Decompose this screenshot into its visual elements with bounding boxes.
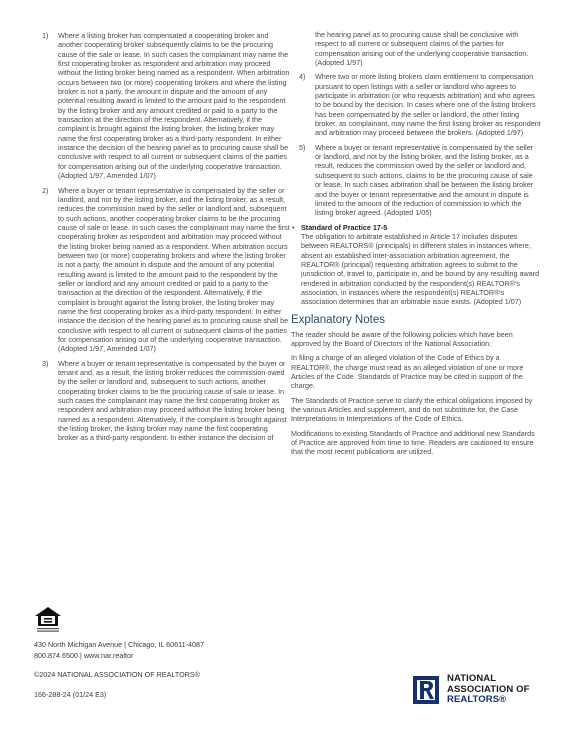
document-code: 166-288-24 (01/24 E3) (34, 690, 204, 701)
item-text: Where a buyer or tenant representative i… (58, 359, 290, 443)
list-item-1: 1) Where a listing broker has compensate… (34, 31, 290, 181)
explanatory-paragraph: Modifications to existing Standards of P… (291, 429, 541, 457)
explanatory-notes-heading: Explanatory Notes (291, 313, 541, 327)
logo-line-3: REALTORS® (447, 695, 530, 706)
item-3-continuation: the hearing panel as to procuring cause … (291, 30, 541, 67)
equal-housing-opportunity-icon (34, 606, 62, 634)
explanatory-paragraph: The Standards of Practice serve to clari… (291, 396, 541, 424)
standard-text: The obligation to arbitrate established … (301, 232, 539, 306)
explanatory-paragraph: In filing a charge of an alleged violati… (291, 353, 541, 390)
item-number: 4) (291, 72, 315, 137)
copyright: ©2024 NATIONAL ASSOCIATION OF REALTORS® (34, 670, 204, 681)
list-item-2: 2) Where a buyer or tenant representativ… (34, 186, 290, 354)
item-text: Where two or more listing brokers claim … (315, 72, 541, 137)
list-item-3: 3) Where a buyer or tenant representativ… (34, 359, 290, 443)
item-number: 2) (34, 186, 58, 354)
item-number: 5) (291, 143, 315, 218)
item-text: Where a listing broker has compensated a… (58, 31, 290, 181)
contact-info: 800.874.6500 | www.nar.realtor (34, 651, 204, 662)
bullet-icon: • (291, 223, 301, 307)
explanatory-paragraph: The reader should be aware of the follow… (291, 330, 541, 349)
item-text: Where a buyer or tenant representative i… (58, 186, 290, 354)
nar-logo: NATIONAL ASSOCIATION OF REALTORS® (413, 674, 530, 706)
address: 430 North Michigan Avenue | Chicago, IL … (34, 640, 204, 651)
realtor-r-icon (413, 676, 439, 704)
footer: 430 North Michigan Avenue | Chicago, IL … (34, 606, 204, 700)
list-item-5: 5) Where a buyer or tenant representativ… (291, 143, 541, 218)
item-text: Where a buyer or tenant representative i… (315, 143, 541, 218)
standard-of-practice: • Standard of Practice 17-5 The obligati… (291, 223, 541, 307)
standard-title: Standard of Practice 17-5 (301, 223, 541, 232)
list-item-4: 4) Where two or more listing brokers cla… (291, 72, 541, 137)
left-column: 1) Where a listing broker has compensate… (34, 31, 290, 448)
logo-line-1: NATIONAL (447, 674, 530, 685)
right-column: the hearing panel as to procuring cause … (291, 30, 541, 462)
item-number: 1) (34, 31, 58, 181)
item-number: 3) (34, 359, 58, 443)
